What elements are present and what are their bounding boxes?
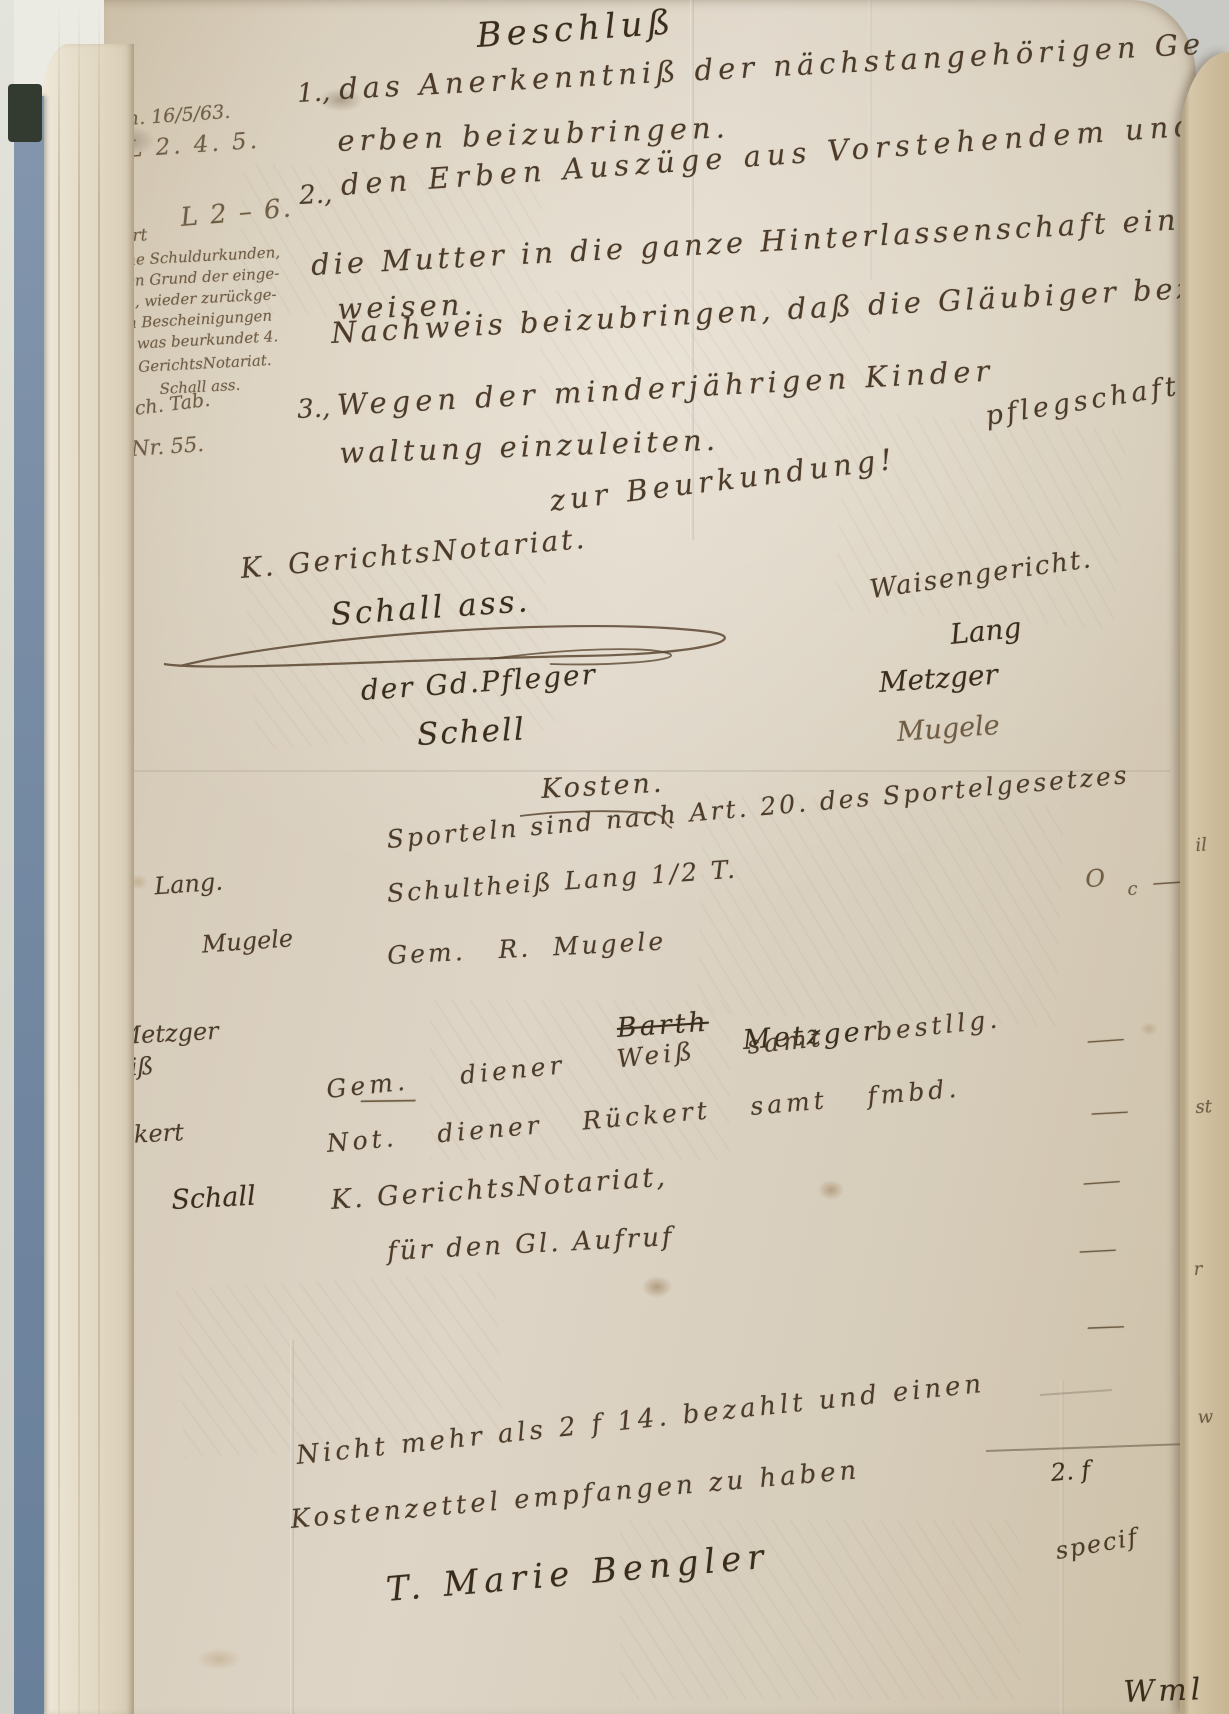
neighbor-fragment: il bbox=[1195, 835, 1208, 855]
signature-schell: Schell bbox=[416, 712, 526, 752]
amount-dash: — bbox=[1151, 870, 1183, 896]
amount-dash: — bbox=[1086, 1315, 1126, 1341]
page-edge-line bbox=[98, 0, 100, 1714]
amount-dash: — bbox=[1089, 1100, 1130, 1126]
binding-shadow-notch bbox=[8, 84, 42, 142]
footer-amount: 2. f bbox=[1050, 1457, 1092, 1487]
item-2-number: 2., bbox=[299, 180, 334, 210]
page-edge-stack bbox=[42, 44, 134, 1714]
amount-dash: — bbox=[1081, 1169, 1122, 1196]
page-edge-line bbox=[58, 0, 60, 1714]
book-binding-edge bbox=[0, 0, 14, 1714]
amount-o: O bbox=[1085, 865, 1106, 892]
amount-dash: — bbox=[1085, 1027, 1126, 1054]
item-1-number: 1., bbox=[297, 78, 332, 108]
amount-c: c bbox=[1127, 879, 1138, 899]
item-3-number: 3., bbox=[297, 394, 332, 424]
next-page-edge bbox=[1180, 52, 1229, 1714]
amount-dash: — bbox=[1077, 1238, 1118, 1264]
neighbor-fragment-bottom: Wml bbox=[1123, 1673, 1205, 1709]
kosten-heading: Kosten. bbox=[540, 769, 665, 805]
neighbor-fragment: r bbox=[1193, 1260, 1202, 1280]
neighbor-fragment: w bbox=[1197, 1407, 1213, 1427]
page-edge-line bbox=[78, 0, 80, 1714]
manuscript-photo: Beschluß 1., das Anerkenntniß der nächst… bbox=[0, 0, 1229, 1714]
neighbor-fragment: st bbox=[1195, 1097, 1212, 1118]
